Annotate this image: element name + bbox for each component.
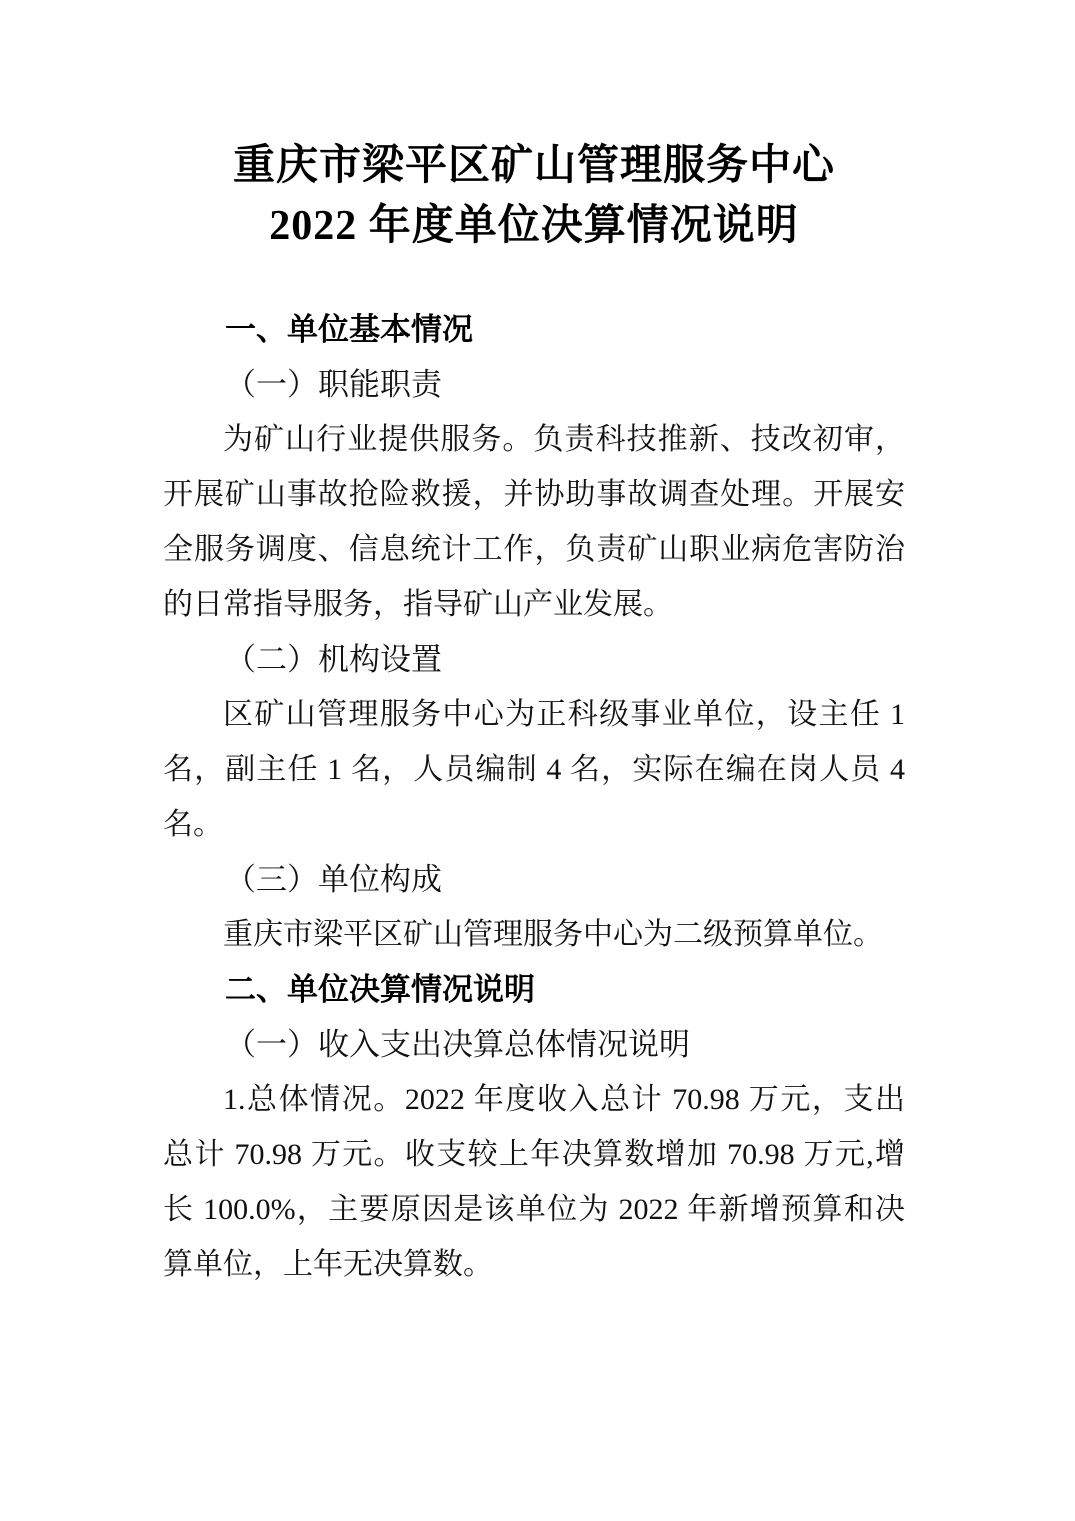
document-page: 重庆市梁平区矿山管理服务中心 2022 年度单位决算情况说明 一、单位基本情况 … — [0, 0, 1075, 1521]
paragraph-overall-situation: 1.总体情况。2022 年度收入总计 70.98 万元，支出总计 70.98 万… — [163, 1072, 905, 1292]
paragraph-organization-setup: 区矿山管理服务中心为正科级事业单位，设主任 1 名，副主任 1 名，人员编制 4… — [163, 687, 905, 852]
sub-heading-income-expenditure-overview: （一）收入支出决算总体情况说明 — [163, 1017, 905, 1072]
paragraph-functions-duties: 为矿山行业提供服务。负责科技推新、技改初审，开展矿山事故抢险救援，并协助事故调查… — [163, 412, 905, 632]
sub-heading-organization-setup: （二）机构设置 — [163, 632, 905, 687]
document-title-line1: 重庆市梁平区矿山管理服务中心 — [163, 136, 905, 196]
document-content: 重庆市梁平区矿山管理服务中心 2022 年度单位决算情况说明 一、单位基本情况 … — [163, 136, 905, 1292]
document-title-block: 重庆市梁平区矿山管理服务中心 2022 年度单位决算情况说明 — [163, 136, 905, 256]
section-heading-unit-basic-info: 一、单位基本情况 — [163, 302, 905, 357]
document-title-line2: 2022 年度单位决算情况说明 — [163, 196, 905, 256]
sub-heading-functions-duties: （一）职能职责 — [163, 357, 905, 412]
section-heading-final-accounts: 二、单位决算情况说明 — [163, 962, 905, 1017]
sub-heading-unit-composition: （三）单位构成 — [163, 852, 905, 907]
paragraph-unit-composition: 重庆市梁平区矿山管理服务中心为二级预算单位。 — [163, 907, 905, 962]
